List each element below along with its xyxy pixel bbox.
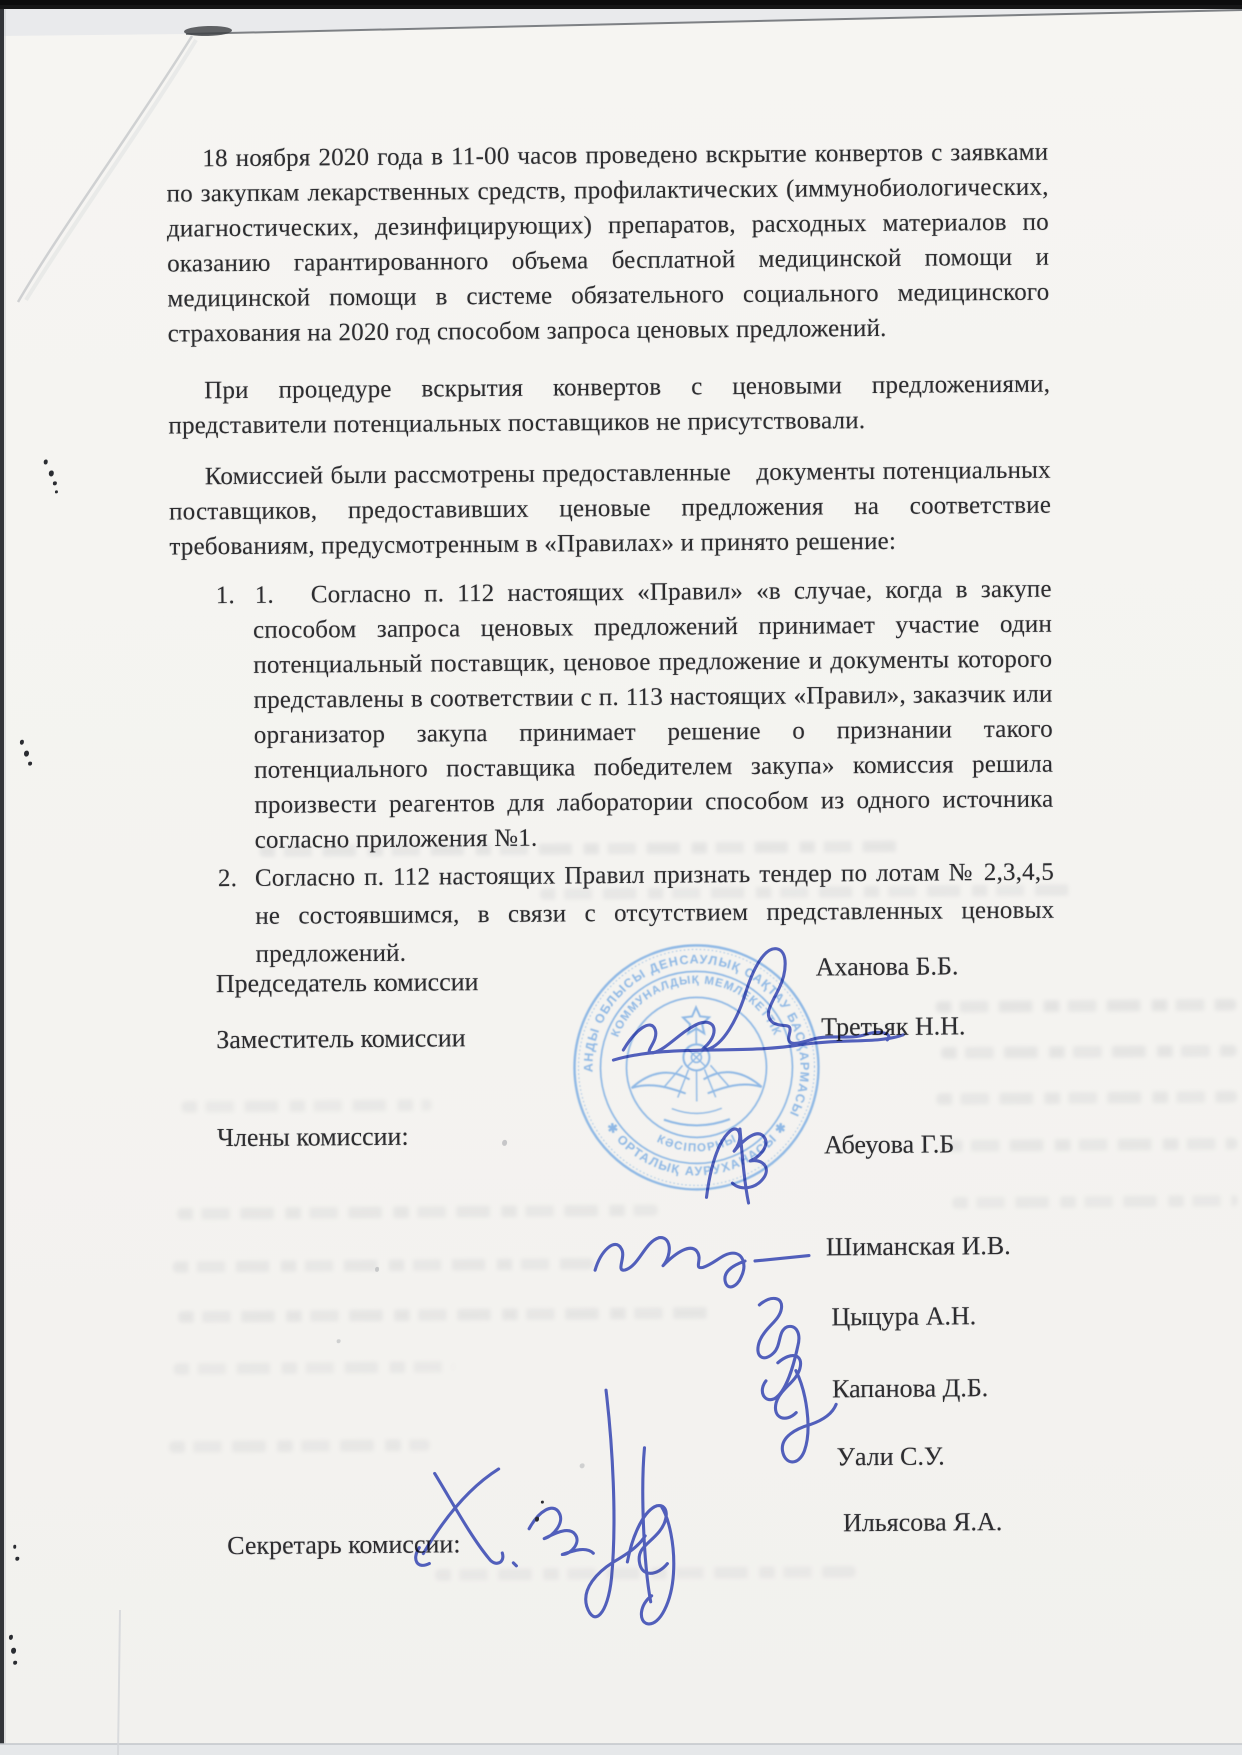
scan-content: ҚАРАҒАНДЫ ОБЛЫСЫ ДЕНСАУЛЫҚ САҚТАУ БАСҚАР… — [0, 0, 1242, 1755]
handwritten-signature-tsytsura — [757, 1298, 799, 1400]
handwritten-signature-uali — [414, 1390, 650, 1618]
handwritten-signature-chair-underline — [613, 1035, 903, 1060]
handwritten-signature-kapanova — [775, 1355, 837, 1462]
handwritten-signature-secretary — [627, 1505, 674, 1624]
handwritten-signature-shimanskaya — [595, 1236, 809, 1288]
scanned-protocol-page: ҚАРАҒАНДЫ ОБЛЫСЫ ДЕНСАУЛЫҚ САҚТАУ БАСҚАР… — [0, 0, 1242, 1755]
handwritten-signature-abeuova — [706, 1129, 767, 1204]
handwritten-signature-chair — [623, 948, 889, 1053]
